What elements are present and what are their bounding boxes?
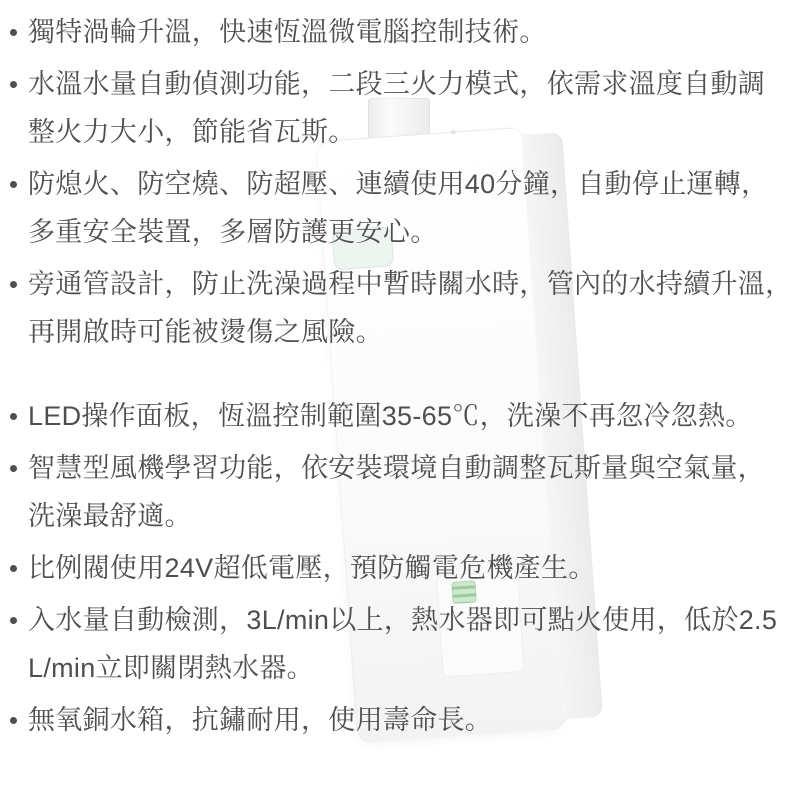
feature-item: 智慧型風機學習功能，依安裝環境自動調整瓦斯量與空氣量， 洗澡最舒適。	[0, 444, 800, 540]
feature-item: 水溫水量自動偵測功能，二段三火力模式，依需求溫度自動調 整火力大小，節能省瓦斯。	[0, 60, 800, 156]
feature-text: 入水量自動檢測，3L/min以上，熱水器即可點火使用，低於2.5 L/min立即…	[28, 605, 777, 683]
bullet-icon	[10, 413, 17, 420]
bullet-icon	[10, 281, 17, 288]
bullet-icon	[10, 29, 17, 36]
bullet-icon	[10, 565, 17, 572]
feature-item: 旁通管設計，防止洗澡過程中暫時關水時，管內的水持續升溫， 再開啟時可能被燙傷之風…	[0, 260, 800, 356]
feature-list: 獨特渦輪升溫，快速恆溫微電腦控制技術。 水溫水量自動偵測功能，二段三火力模式，依…	[0, 8, 800, 748]
bullet-icon	[10, 617, 17, 624]
bullet-icon	[10, 81, 17, 88]
feature-group-bottom: LED操作面板，恆溫控制範圍35-65℃，洗澡不再忽冷忽熱。 智慧型風機學習功能…	[0, 392, 800, 744]
bullet-icon	[10, 181, 17, 188]
product-description-page: 獨特渦輪升溫，快速恆溫微電腦控制技術。 水溫水量自動偵測功能，二段三火力模式，依…	[0, 0, 800, 800]
feature-text: 比例閥使用24V超低電壓，預防觸電危機產生。	[28, 553, 596, 583]
bullet-icon	[10, 465, 17, 472]
feature-text: LED操作面板，恆溫控制範圍35-65℃，洗澡不再忽冷忽熱。	[28, 401, 753, 431]
bullet-icon	[10, 717, 17, 724]
feature-text: 無氧銅水箱，抗鏽耐用，使用壽命長。	[28, 705, 492, 735]
feature-item: LED操作面板，恆溫控制範圍35-65℃，洗澡不再忽冷忽熱。	[0, 392, 800, 440]
feature-item: 防熄火、防空燒、防超壓、連續使用40分鐘，自動停止運轉， 多重安全裝置，多層防護…	[0, 160, 800, 256]
feature-item: 比例閥使用24V超低電壓，預防觸電危機產生。	[0, 544, 800, 592]
feature-group-top: 獨特渦輪升溫，快速恆溫微電腦控制技術。 水溫水量自動偵測功能，二段三火力模式，依…	[0, 8, 800, 356]
feature-text: 防熄火、防空燒、防超壓、連續使用40分鐘，自動停止運轉， 多重安全裝置，多層防護…	[28, 169, 768, 247]
feature-text: 智慧型風機學習功能，依安裝環境自動調整瓦斯量與空氣量， 洗澡最舒適。	[28, 453, 765, 531]
feature-item: 無氧銅水箱，抗鏽耐用，使用壽命長。	[0, 696, 800, 744]
feature-item: 入水量自動檢測，3L/min以上，熱水器即可點火使用，低於2.5 L/min立即…	[0, 596, 800, 692]
feature-text: 獨特渦輪升溫，快速恆溫微電腦控制技術。	[28, 17, 547, 47]
feature-item: 獨特渦輪升溫，快速恆溫微電腦控制技術。	[0, 8, 800, 56]
feature-text: 旁通管設計，防止洗澡過程中暫時關水時，管內的水持續升溫， 再開啟時可能被燙傷之風…	[28, 269, 792, 347]
feature-text: 水溫水量自動偵測功能，二段三火力模式，依需求溫度自動調 整火力大小，節能省瓦斯。	[28, 69, 765, 147]
